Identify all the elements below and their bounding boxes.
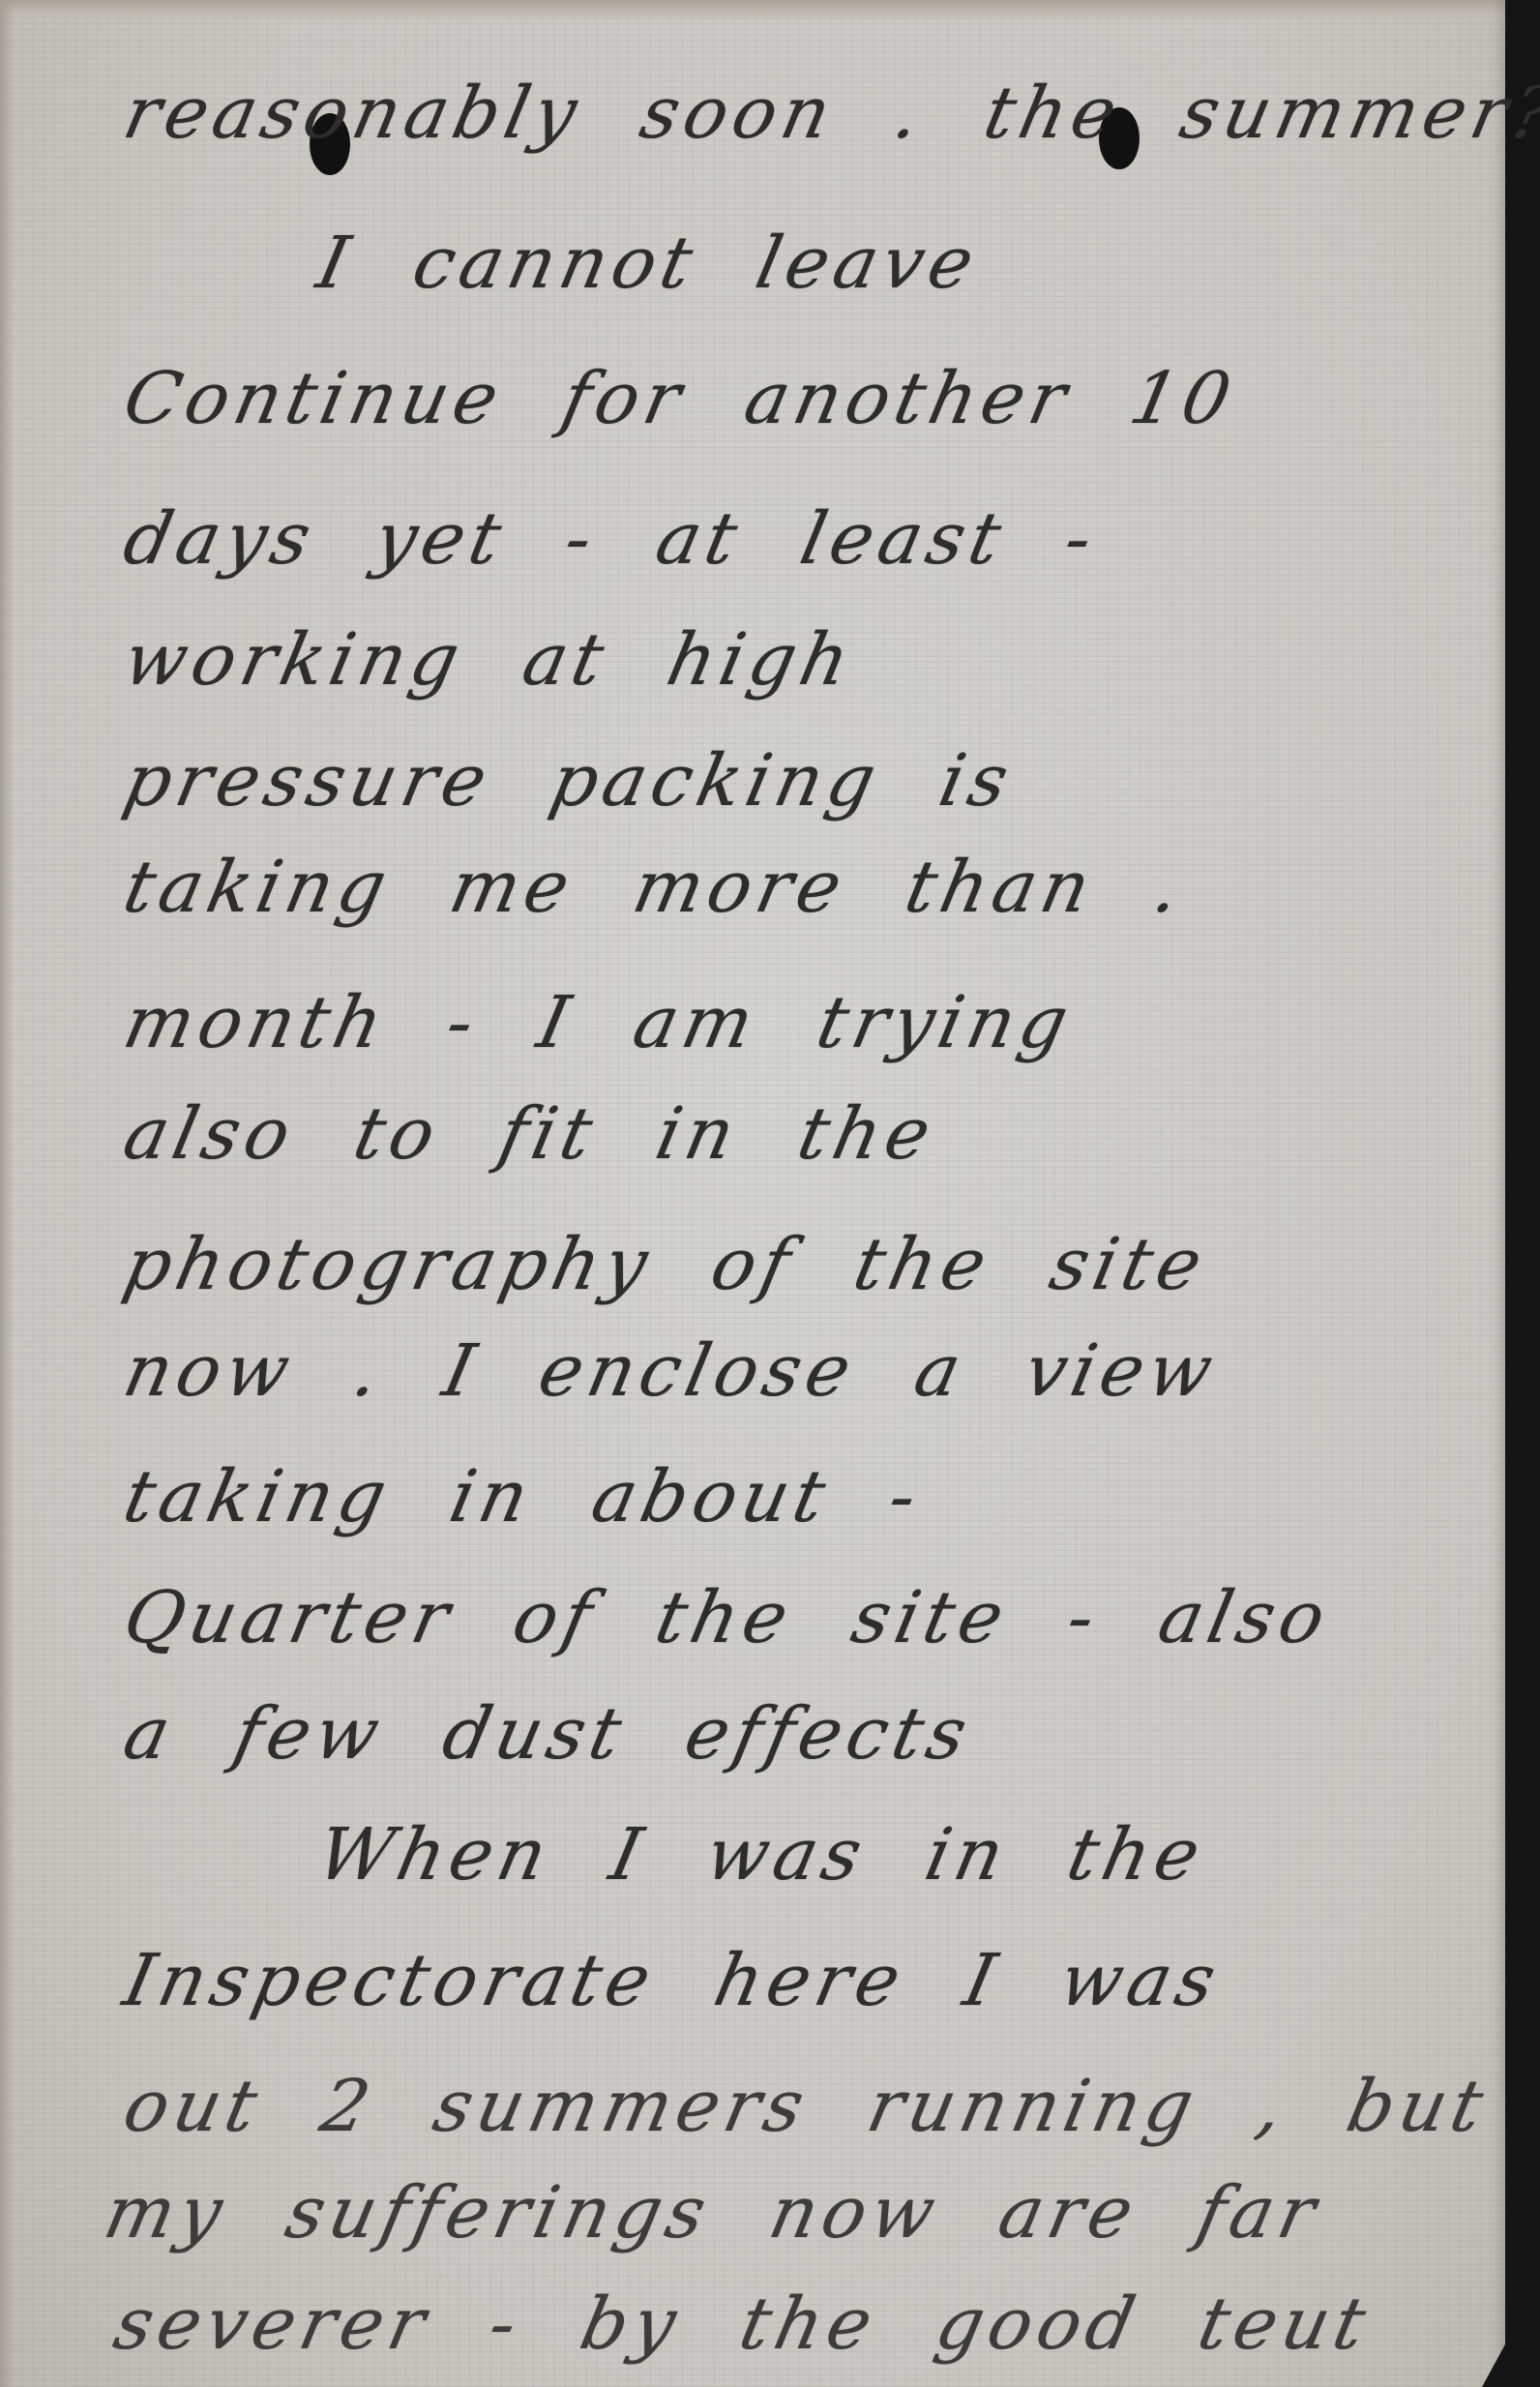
paper-top-edge [0,0,1540,21]
handwritten-line: a few dust effects [0,1698,1540,1770]
handwritten-line: taking in about - [0,1461,1540,1533]
letter-page: reasonably soon . the summer? I cannot l… [0,0,1540,2387]
handwritten-line: I cannot leave [0,227,1540,299]
handwritten-line: days yet - at least - [0,503,1540,575]
handwritten-line: taking me more than . [0,851,1540,923]
handwritten-line: reasonably soon . the summer? [0,77,1540,149]
handwritten-line: month - I am trying [0,987,1540,1059]
paper-right-shadow [1492,0,1505,2387]
paper-left-edge [0,0,14,2387]
handwritten-line: also to fit in the [0,1098,1540,1170]
handwritten-line: Quarter of the site - also [0,1582,1540,1654]
handwritten-line: working at high [0,624,1540,696]
handwritten-line: severer - by the good teut [0,2288,1540,2360]
handwritten-line: my sufferings now are far [0,2177,1540,2249]
handwritten-line: When I was in the [0,1819,1540,1891]
handwritten-line: out 2 summers running , but [0,2071,1540,2142]
handwritten-line: pressure packing is [0,745,1540,817]
handwritten-line: Inspectorate here I was [0,1945,1540,2016]
handwritten-line: photography of the site [0,1229,1540,1300]
handwritten-line: Continue for another 10 [0,363,1540,434]
scan-background-edge [1505,0,1540,2387]
handwritten-line: now . I enclose a view [0,1335,1540,1407]
